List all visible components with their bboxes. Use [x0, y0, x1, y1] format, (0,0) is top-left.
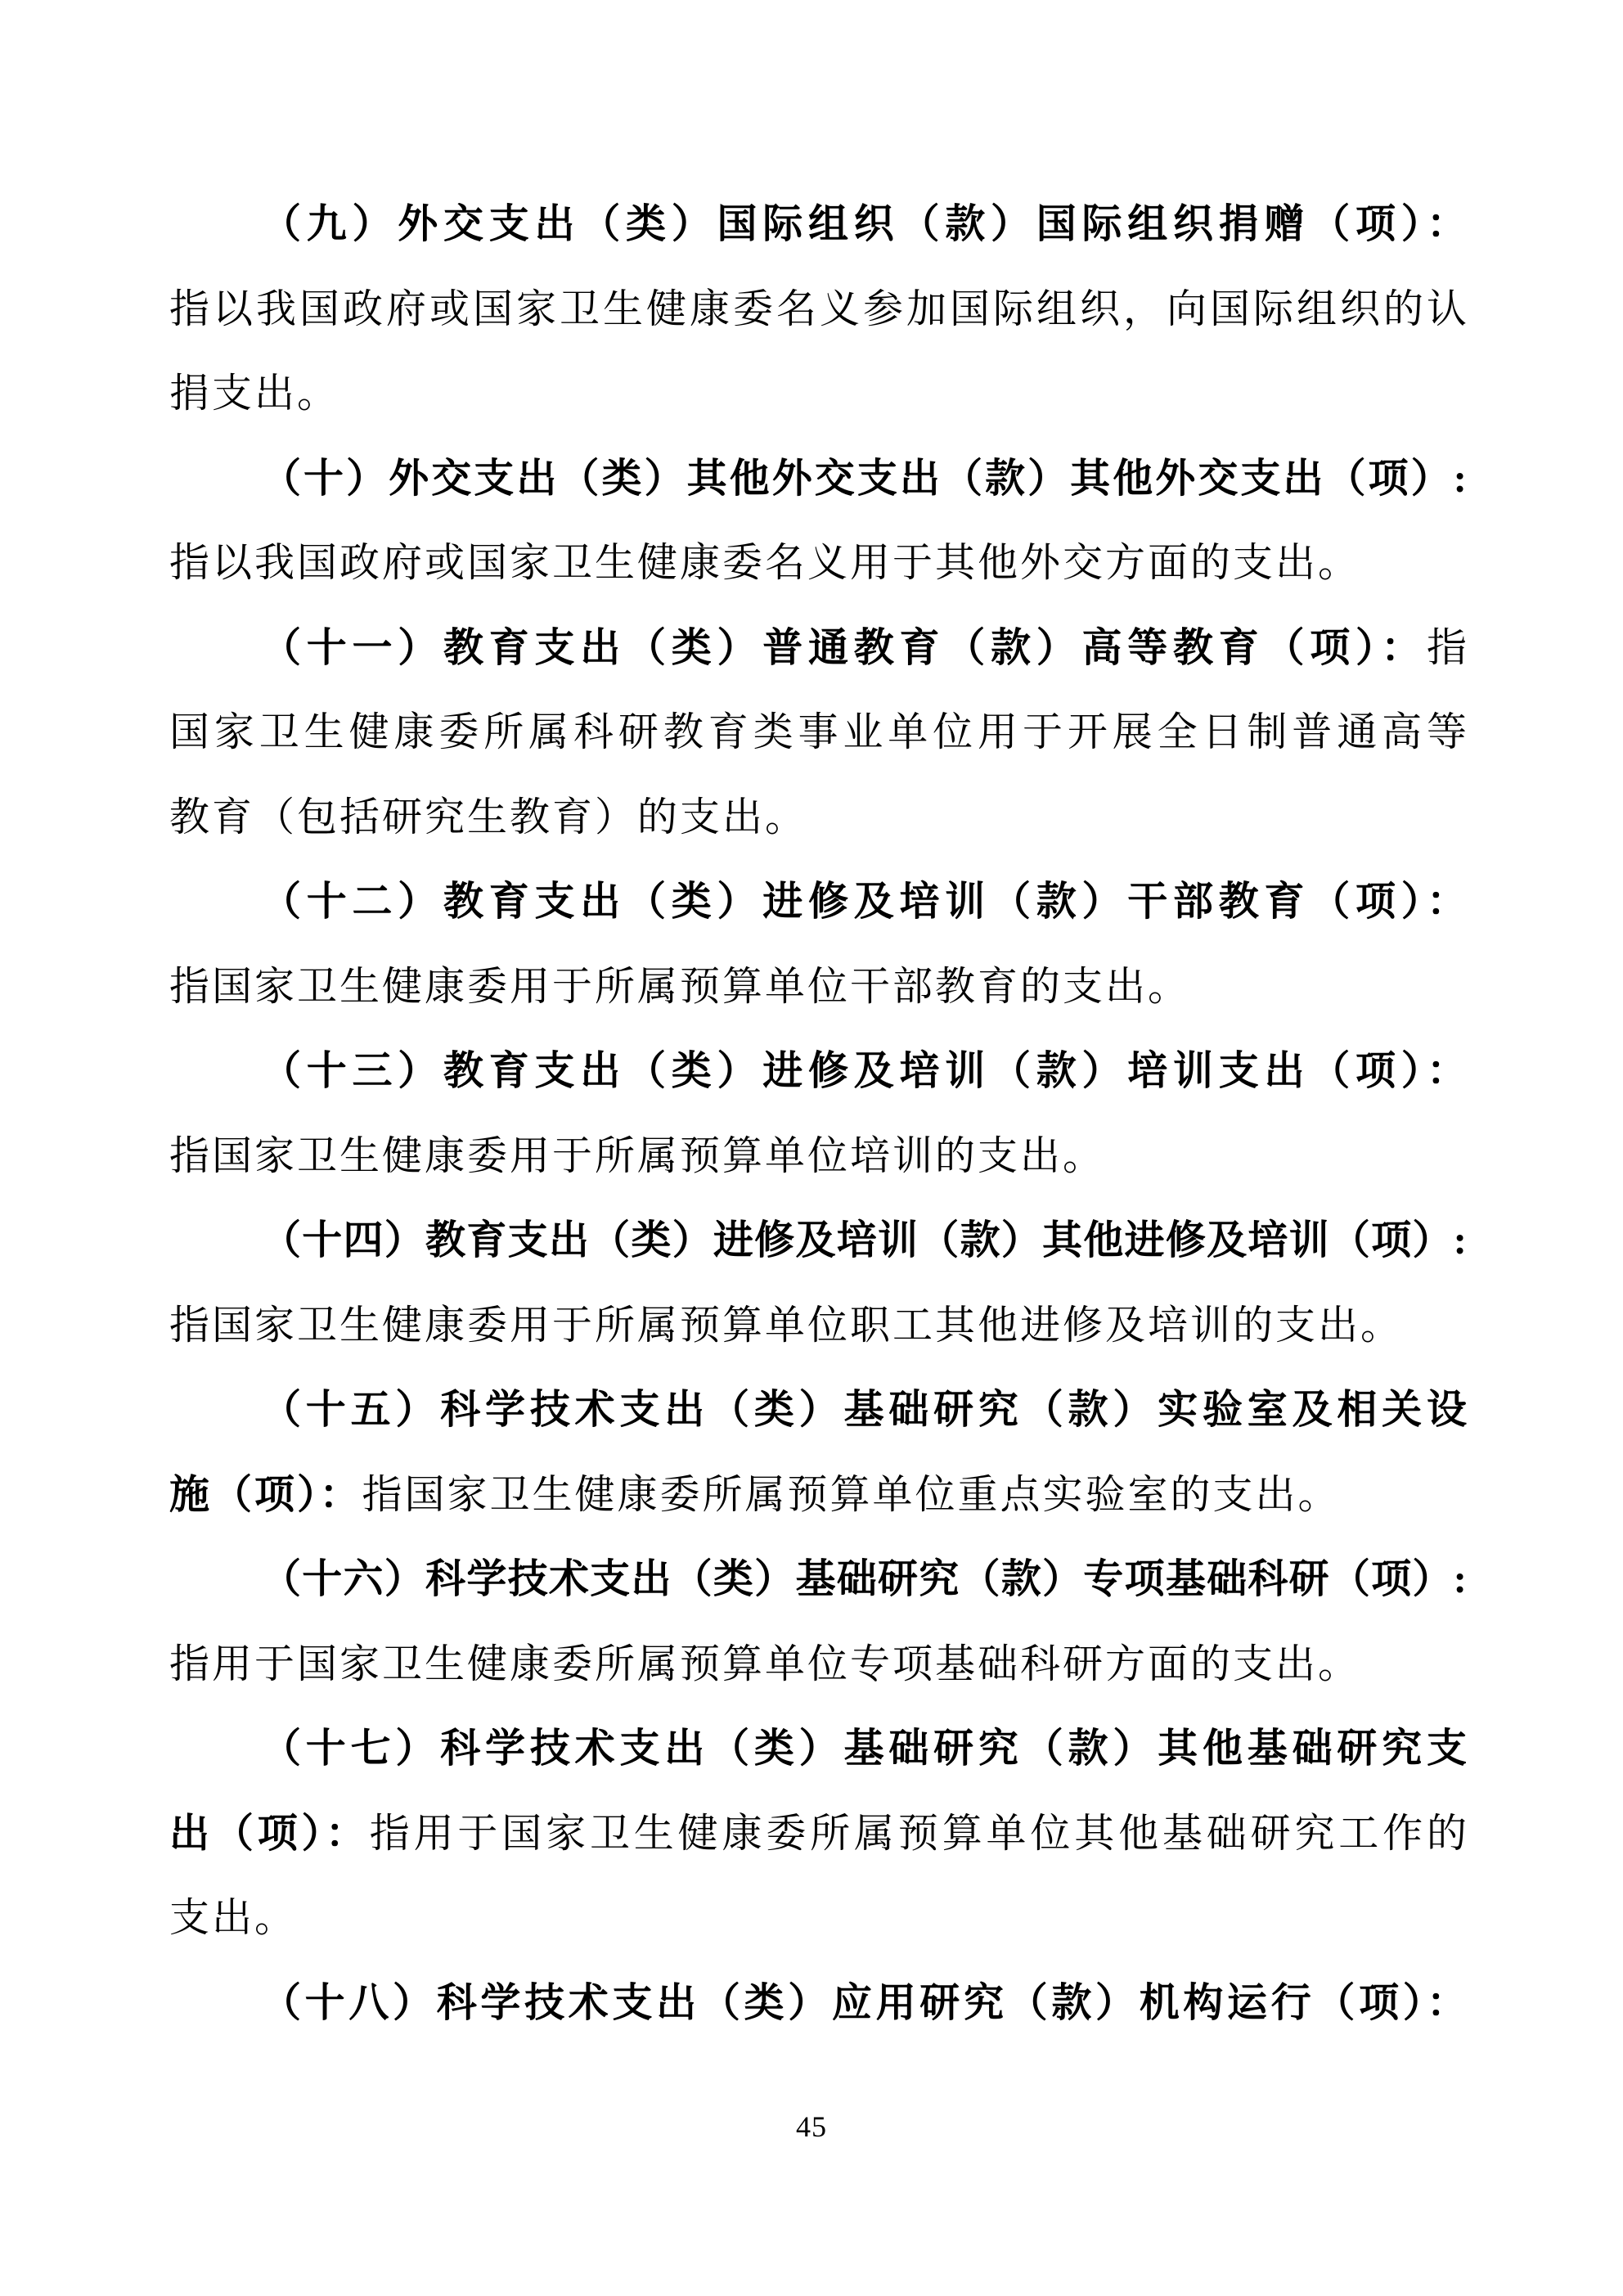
- body-text: 指国家卫生健康委用于所属预算单位干部教育的支出。: [169, 964, 1190, 1009]
- heading-text: （十一）教育支出（类）普通教育（款）高等教育（项）：: [261, 625, 1427, 670]
- body-line: 指以我国政府或国家卫生健康委名义用于其他外交方面的支出。: [169, 520, 1467, 606]
- heading-text: （十五）科学技术支出（类）基础研究（款）实验室及相关设: [261, 1387, 1467, 1432]
- heading-line: （十七）科学技术支出（类）基础研究（款）其他基础研究支: [169, 1706, 1467, 1791]
- heading-line: （十一）教育支出（类）普通教育（款）高等教育（项）：指: [169, 606, 1467, 691]
- body-text: 指以我国政府或国家卫生健康委名义用于其他外交方面的支出。: [169, 540, 1360, 585]
- heading-text: 出（项）：: [169, 1811, 370, 1856]
- heading-line: （九）外交支出（类）国际组织（款）国际组织捐赠（项）：: [169, 182, 1467, 267]
- body-line: 国家卫生健康委所属科研教育类事业单位用于开展全日制普通高等: [169, 690, 1467, 775]
- heading-line: （十八）科学技术支出（类）应用研究（款）机构运行（项）：: [169, 1961, 1467, 2046]
- heading-line: （十三）教育支出（类）进修及培训（款）培训支出（项）：: [169, 1029, 1467, 1114]
- heading-line: 施（项）：指国家卫生健康委所属预算单位重点实验室的支出。: [169, 1452, 1467, 1537]
- body-line: 支出。: [169, 1875, 1467, 1961]
- body-line: 指国家卫生健康委用于所属预算单位干部教育的支出。: [169, 944, 1467, 1029]
- heading-line: （十）外交支出（类）其他外交支出（款）其他外交支出（项）:: [169, 436, 1467, 521]
- body-text: 指以我国政府或国家卫生健康委名义参加国际组织，向国际组织的认: [169, 286, 1467, 331]
- heading-line: （十四）教育支出（类）进修及培训（款）其他进修及培训（项）:: [169, 1198, 1467, 1283]
- body-text: 指国家卫生健康委用于所属预算单位职工其他进修及培训的支出。: [169, 1303, 1403, 1348]
- heading-text: 施（项）：: [169, 1472, 362, 1517]
- heading-text: （十七）科学技术支出（类）基础研究（款）其他基础研究支: [261, 1726, 1467, 1771]
- body-text: 指用于国家卫生健康委所属预算单位专项基础科研方面的支出。: [169, 1641, 1360, 1686]
- body-text: 捐支出。: [169, 371, 339, 416]
- body-text: 指国家卫生健康委所属预算单位重点实验室的支出。: [362, 1472, 1341, 1517]
- heading-text: （十三）教育支出（类）进修及培训（款）培训支出（项）：: [261, 1048, 1467, 1093]
- page-number: 45: [0, 2109, 1623, 2144]
- document-body: （九）外交支出（类）国际组织（款）国际组织捐赠（项）：指以我国政府或国家卫生健康…: [169, 182, 1467, 2045]
- body-text: 教育（包括研究生教育）的支出。: [169, 795, 807, 840]
- heading-line: （十六）科学技术支出（类）基础研究（款）专项基础科研（项）:: [169, 1537, 1467, 1622]
- body-line: 指以我国政府或国家卫生健康委名义参加国际组织，向国际组织的认: [169, 267, 1467, 352]
- body-text: 指用于国家卫生健康委所属预算单位其他基础研究工作的: [370, 1811, 1467, 1856]
- body-line: 教育（包括研究生教育）的支出。: [169, 775, 1467, 860]
- heading-line: 出（项）：指用于国家卫生健康委所属预算单位其他基础研究工作的: [169, 1791, 1467, 1876]
- body-text: 支出。: [169, 1895, 297, 1940]
- body-line: 指国家卫生健康委用于所属预算单位职工其他进修及培训的支出。: [169, 1283, 1467, 1368]
- heading-text: （十八）科学技术支出（类）应用研究（款）机构运行（项）：: [261, 1980, 1467, 2025]
- body-line: 指国家卫生健康委用于所属预算单位培训的支出。: [169, 1114, 1467, 1199]
- body-text: 指国家卫生健康委用于所属预算单位培训的支出。: [169, 1133, 1105, 1178]
- body-text: 国家卫生健康委所属科研教育类事业单位用于开展全日制普通高等: [169, 709, 1467, 754]
- body-text: 指: [1427, 625, 1467, 670]
- heading-line: （十五）科学技术支出（类）基础研究（款）实验室及相关设: [169, 1367, 1467, 1452]
- heading-line: （十二）教育支出（类）进修及培训（款）干部教育（项）：: [169, 859, 1467, 944]
- heading-text: （十四）教育支出（类）进修及培训（款）其他进修及培训（项）:: [261, 1218, 1467, 1263]
- heading-text: （十）外交支出（类）其他外交支出（款）其他外交支出（项）:: [261, 456, 1467, 501]
- heading-text: （十六）科学技术支出（类）基础研究（款）专项基础科研（项）:: [261, 1556, 1467, 1601]
- document-page: （九）外交支出（类）国际组织（款）国际组织捐赠（项）：指以我国政府或国家卫生健康…: [0, 0, 1623, 2296]
- heading-text: （九）外交支出（类）国际组织（款）国际组织捐赠（项）：: [261, 201, 1467, 246]
- body-line: 指用于国家卫生健康委所属预算单位专项基础科研方面的支出。: [169, 1622, 1467, 1707]
- body-line: 捐支出。: [169, 351, 1467, 436]
- heading-text: （十二）教育支出（类）进修及培训（款）干部教育（项）：: [261, 879, 1467, 924]
